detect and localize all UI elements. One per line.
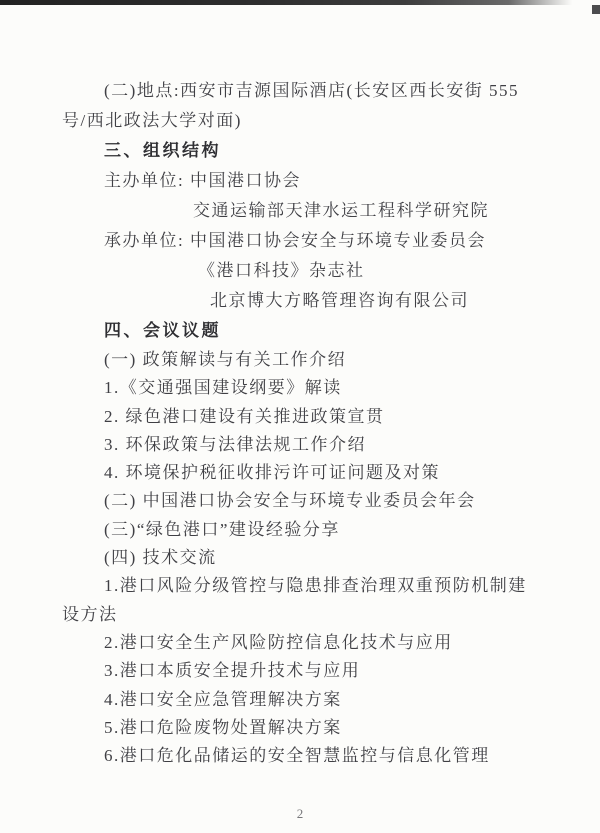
document-body: (二)地点:西安市吉源国际酒店(长安区西长安街 555 号/西北政法大学对面) … — [62, 76, 572, 770]
section-heading-organization: 三、组织结构 — [62, 136, 572, 166]
agenda-item: 4.港口安全应急管理解决方案 — [62, 686, 572, 714]
location-line-2: 号/西北政法大学对面) — [62, 106, 572, 136]
host-unit-continuation: 交通运输部天津水运工程科学研究院 — [62, 196, 572, 226]
agenda-item: 2.港口安全生产风险防控信息化技术与应用 — [62, 629, 572, 657]
agenda-item: 1.《交通强国建设纲要》解读 — [62, 374, 572, 402]
section-heading-agenda: 四、会议议题 — [62, 316, 572, 346]
undertaker-continuation-1: 《港口科技》杂志社 — [62, 256, 572, 286]
document-page: (二)地点:西安市吉源国际酒店(长安区西长安街 555 号/西北政法大学对面) … — [0, 0, 600, 833]
agenda-item: 4. 环境保护税征收排污许可证问题及对策 — [62, 459, 572, 487]
scan-corner-artifact — [592, 5, 600, 14]
location-line-1: (二)地点:西安市吉源国际酒店(长安区西长安街 555 — [62, 76, 572, 106]
agenda-item: (一) 政策解读与有关工作介绍 — [62, 346, 572, 374]
agenda-item: 2. 绿色港口建设有关推进政策宣贯 — [62, 403, 572, 431]
agenda-item: 5.港口危险废物处置解决方案 — [62, 714, 572, 742]
agenda-item: (三)“绿色港口”建设经验分享 — [62, 516, 572, 544]
scan-edge-artifact — [0, 0, 578, 5]
agenda-item-continuation: 设方法 — [62, 601, 572, 629]
agenda-item: 1.港口风险分级管控与隐患排查治理双重预防机制建 — [62, 572, 572, 600]
undertaker-continuation-2: 北京博大方略管理咨询有限公司 — [62, 286, 572, 316]
undertaker-unit-line: 承办单位: 中国港口协会安全与环境专业委员会 — [62, 226, 572, 256]
agenda-item: (四) 技术交流 — [62, 544, 572, 572]
agenda-item: 3.港口本质安全提升技术与应用 — [62, 657, 572, 685]
agenda-item: 6.港口危化品储运的安全智慧监控与信息化管理 — [62, 742, 572, 770]
agenda-item: 3. 环保政策与法律法规工作介绍 — [62, 431, 572, 459]
agenda-item: (二) 中国港口协会安全与环境专业委员会年会 — [62, 487, 572, 515]
agenda-list: (一) 政策解读与有关工作介绍 1.《交通强国建设纲要》解读 2. 绿色港口建设… — [62, 346, 572, 770]
host-unit-line: 主办单位: 中国港口协会 — [62, 166, 572, 196]
page-number: 2 — [0, 806, 600, 822]
